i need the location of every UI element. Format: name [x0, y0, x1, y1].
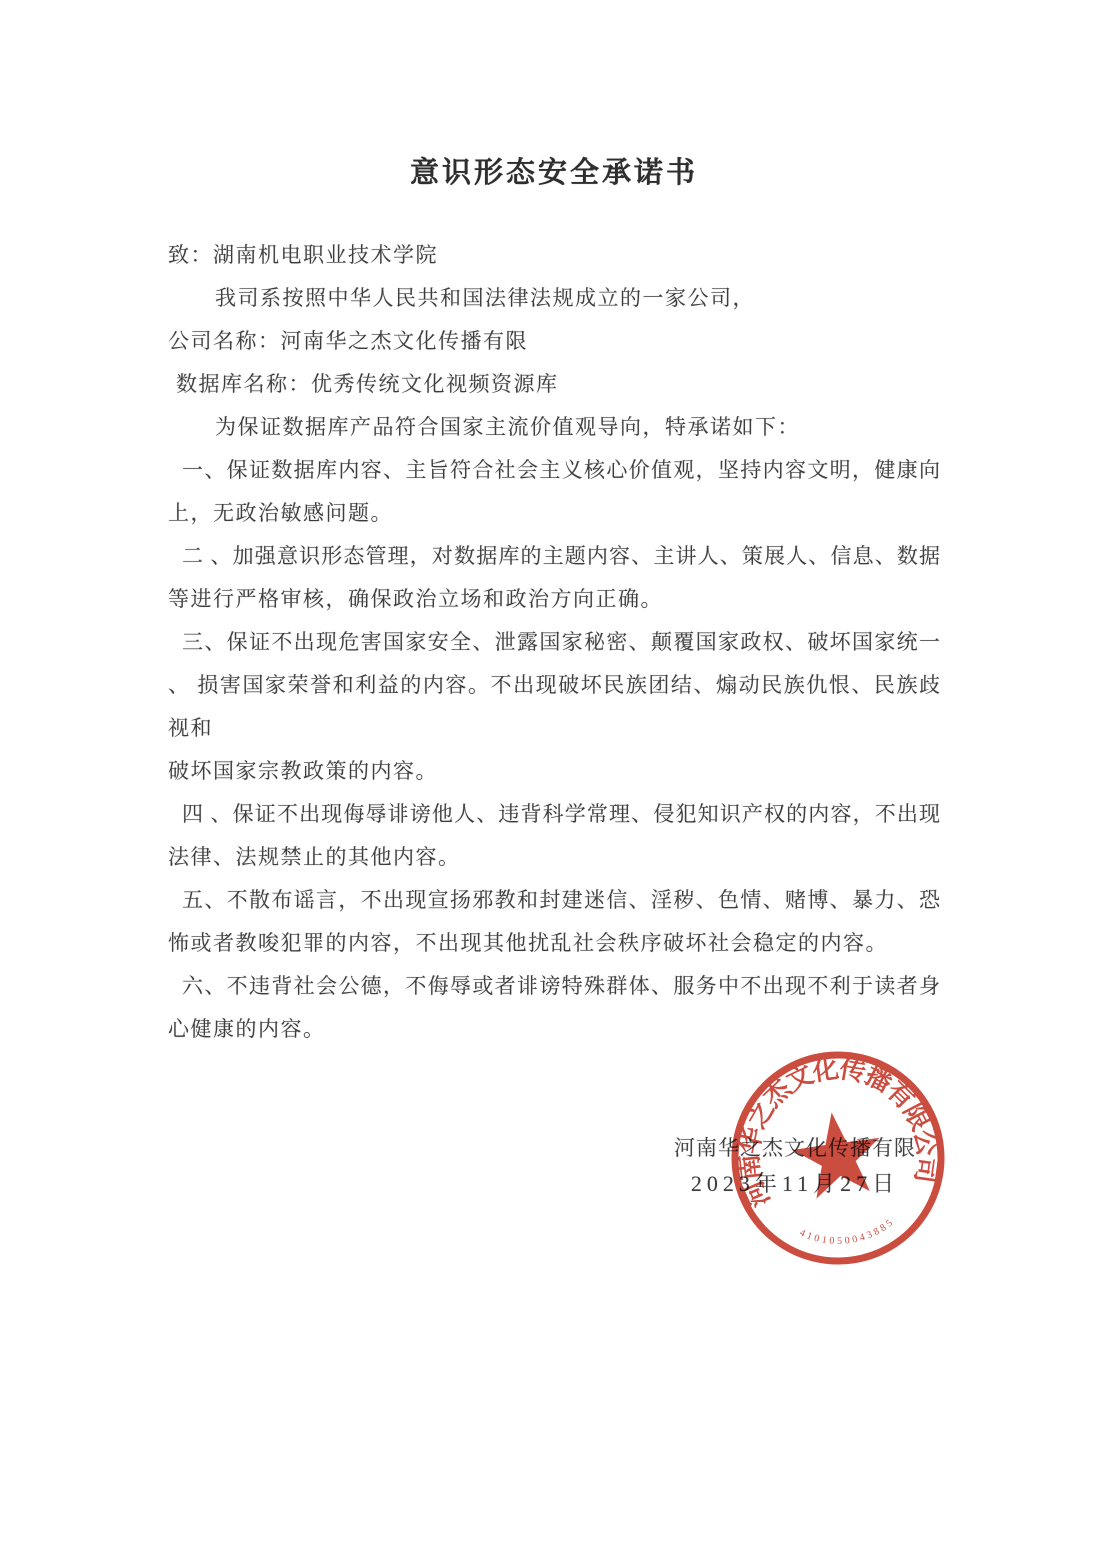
- document-line: 三、保证不出现危害国家安全、泄露国家秘密、颠覆国家政权、破坏国家统一: [168, 621, 940, 664]
- document-line: 上，无政治敏感问题。: [168, 492, 940, 535]
- star-icon: [788, 1106, 886, 1201]
- company-seal-stamp: 河南华之杰文化传播有限公司 4101050043885: [691, 1011, 985, 1305]
- document-line: 、 损害国家荣誉和利益的内容。不出现破坏民族团结、煽动民族仇恨、民族歧: [168, 664, 940, 707]
- document-line: 等进行严格审核，确保政治立场和政治方向正确。: [168, 578, 940, 621]
- document-line: 致：湖南机电职业技术学院: [168, 234, 940, 277]
- document-line: 四 、保证不出现侮辱诽谤他人、违背科学常理、侵犯知识产权的内容，不出现: [168, 793, 940, 836]
- document-title: 意识形态安全承诺书: [168, 152, 940, 194]
- document-line: 五、不散布谣言，不出现宣扬邪教和封建迷信、淫秽、色情、赌博、暴力、恐: [168, 879, 940, 922]
- document-line: 数据库名称：优秀传统文化视频资源库: [168, 363, 940, 406]
- document-page: 意识形态安全承诺书 致：湖南机电职业技术学院 我司系按照中华人民共和国法律法规成…: [0, 0, 1107, 1563]
- document-body: 意识形态安全承诺书 致：湖南机电职业技术学院 我司系按照中华人民共和国法律法规成…: [168, 152, 940, 1051]
- seal-serial-arc: 4101050043885: [796, 1215, 896, 1254]
- document-line: 法律、法规禁止的其他内容。: [168, 836, 940, 879]
- document-line: 破坏国家宗教政策的内容。: [168, 750, 940, 793]
- document-line: 一、保证数据库内容、主旨符合社会主义核心价值观，坚持内容文明，健康向: [168, 449, 940, 492]
- document-line: 六、不违背社会公德，不侮辱或者诽谤特殊群体、服务中不出现不利于读者身: [168, 965, 940, 1008]
- document-line: 怖或者教唆犯罪的内容，不出现其他扰乱社会秩序破坏社会稳定的内容。: [168, 922, 940, 965]
- document-line: 公司名称：河南华之杰文化传播有限: [168, 320, 940, 363]
- document-line: 视和: [168, 707, 940, 750]
- document-line: 二 、加强意识形态管理，对数据库的主题内容、主讲人、策展人、信息、数据: [168, 535, 940, 578]
- document-title-text: 意识形态安全承诺书: [410, 157, 698, 189]
- document-line: 为保证数据库产品符合国家主流价值观导向，特承诺如下：: [168, 406, 940, 449]
- document-line: 我司系按照中华人民共和国法律法规成立的一家公司，: [168, 277, 940, 320]
